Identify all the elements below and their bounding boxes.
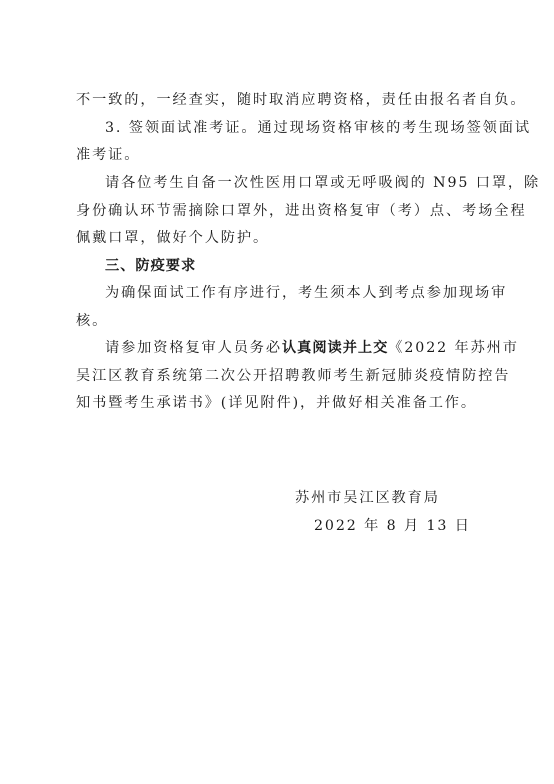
notice-line: 知书暨考生承诺书》(详见附件)，并做好相关准备工作。 [76, 393, 484, 413]
signature-date: 2022 年 8 月 13 日 [314, 516, 471, 536]
paragraph-line: 不一致的，一经查实，随时取消应聘资格，责任由报名者自负。 [76, 90, 484, 110]
document-page: 不一致的，一经查实，随时取消应聘资格，责任由报名者自负。 3. 签领面试准考证。… [0, 0, 554, 784]
notice-bold-text: 认真阅读并上交 [282, 340, 388, 356]
paragraph-line: 准考证。 [76, 145, 484, 165]
notice-line: 吴江区教育系统第二次公开招聘教师考生新冠肺炎疫情防控告 [76, 366, 484, 386]
notice-suffix: 《2022 年苏州市 [388, 340, 519, 356]
paragraph-line: 佩戴口罩，做好个人防护。 [76, 228, 484, 248]
paragraph-line: 3. 签领面试准考证。通过现场资格审核的考生现场签领面试 [105, 118, 484, 138]
notice-line: 请参加资格复审人员务必认真阅读并上交《2022 年苏州市 [105, 338, 484, 358]
signature-org: 苏州市吴江区教育局 [295, 488, 440, 508]
paragraph-line: 为确保面试工作有序进行，考生须本人到考点参加现场审 [105, 283, 484, 303]
notice-prefix: 请参加资格复审人员务必 [105, 340, 282, 356]
paragraph-line: 核。 [76, 311, 484, 331]
paragraph-line: 请各位考生自备一次性医用口罩或无呼吸阀的 N95 口罩，除 [105, 173, 484, 193]
section-heading: 三、防疫要求 [105, 256, 484, 276]
paragraph-line: 身份确认环节需摘除口罩外，进出资格复审（考）点、考场全程 [76, 201, 484, 221]
